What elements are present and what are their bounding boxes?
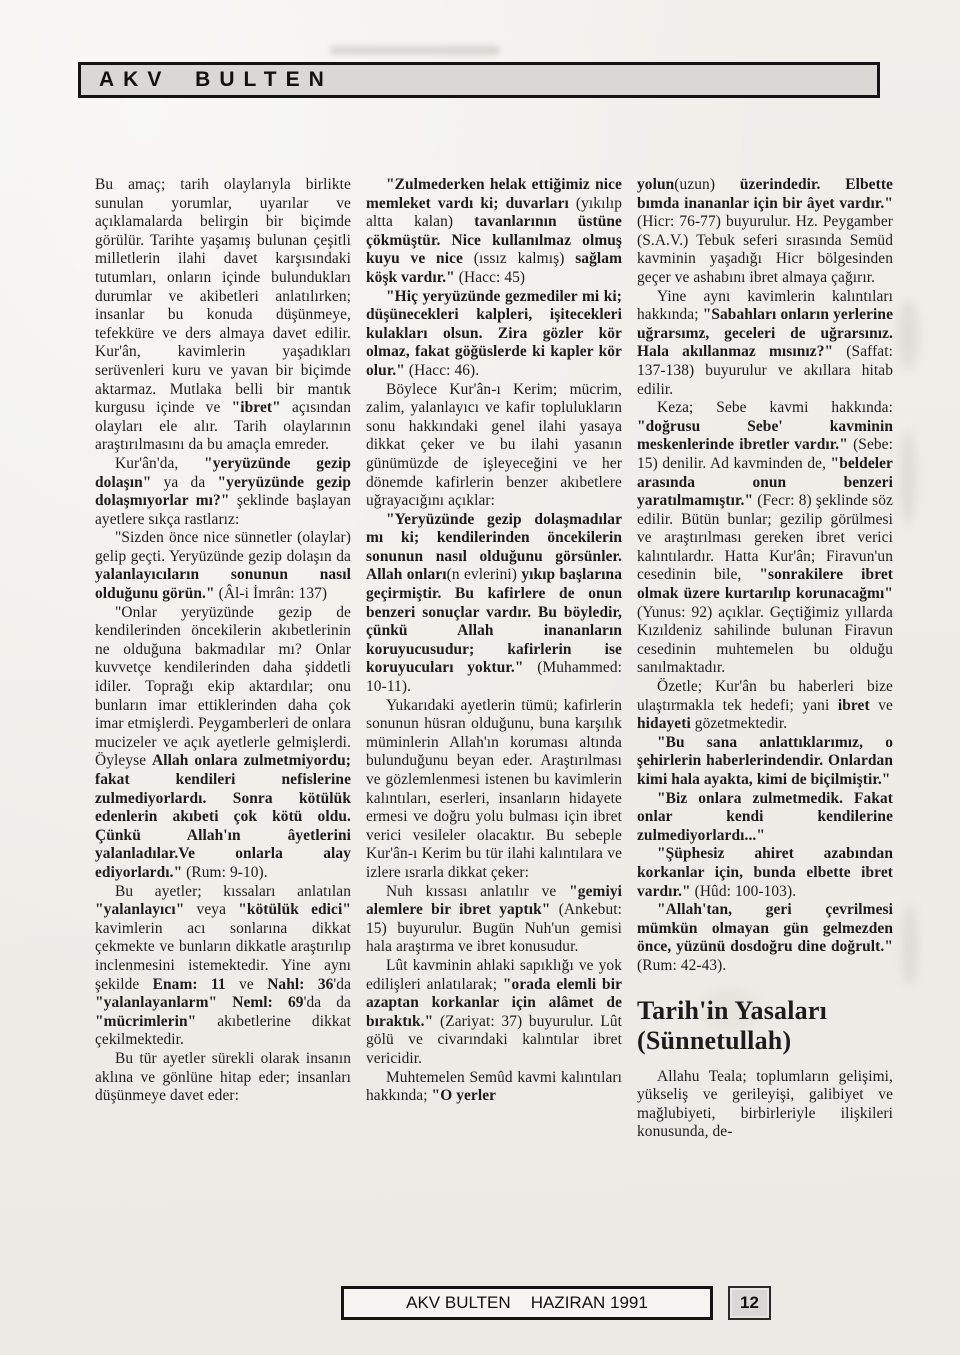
article-column-1: Bu amaç; tarih olaylarıyla birlikte sunu… bbox=[95, 176, 351, 1142]
paragraph: Yukarıdaki ayetlerin tümü; kafirlerin so… bbox=[366, 697, 622, 883]
text-run: Nahl: 36 bbox=[267, 976, 333, 993]
paragraph: "Bu sana anlattıklarımız, o şehirlerin h… bbox=[637, 734, 893, 790]
text-run: "Allah'tan, geri çevrilmesi mümkün olmay… bbox=[637, 901, 893, 955]
text-run: "kötülük edici" bbox=[238, 901, 351, 918]
paragraph: Bu ayetler; kıssaları anlatılan "yalanla… bbox=[95, 883, 351, 1050]
paragraph: Kur'ân'da, "yeryüzünde gezip dolaşın" ya… bbox=[95, 455, 351, 529]
text-run: Bu amaç; tarih olaylarıyla birlikte sunu… bbox=[95, 176, 351, 416]
text-run: veya bbox=[184, 901, 238, 918]
paragraph: "Zulmederken helak ettiğimiz nice memlek… bbox=[366, 176, 622, 288]
text-run: Enam: 11 bbox=[153, 976, 226, 993]
paragraph: Nuh kıssası anlatılır ve "gemiyi alemler… bbox=[366, 883, 622, 957]
scan-artifact bbox=[902, 905, 917, 985]
text-run: ve bbox=[226, 976, 267, 993]
article-column-3: yolun(uzun) üzerindedir. Elbette bımda i… bbox=[637, 176, 893, 1142]
text-run: (n evlerini) bbox=[447, 566, 517, 583]
text-run: gözetmektedir. bbox=[691, 715, 787, 732]
text-run: Tarih'in Yasaları (Sünnetullah) bbox=[637, 996, 827, 1055]
paragraph: Yine aynı kavimlerin kalıntıları hakkınd… bbox=[637, 288, 893, 400]
paragraph: Keza; Sebe kavmi hakkında: "doğrusu Sebe… bbox=[637, 399, 893, 678]
text-run: (ıssız kalmış) bbox=[474, 250, 565, 267]
text-run: "Biz onlara zulmetmedik. Fakat onlar ken… bbox=[637, 790, 893, 844]
footer-citation-box: AKV BULTEN HAZIRAN 1991 bbox=[341, 1286, 713, 1320]
masthead-bar: AKV BULTEN bbox=[78, 62, 880, 98]
text-run: Bu tür ayetler sürekli olarak insanın ak… bbox=[95, 1050, 351, 1104]
text-run: (uzun) bbox=[674, 176, 715, 193]
text-run: Neml: 69 bbox=[232, 994, 303, 1011]
text-run: ve bbox=[870, 697, 893, 714]
text-run: (Rum: 9-10). bbox=[182, 864, 268, 881]
paragraph: "Şüphesiz ahiret azabından korkanlar içi… bbox=[637, 845, 893, 901]
paragraph: Muhtemelen Semûd kavmi kalıntıları hakkı… bbox=[366, 1069, 622, 1106]
text-run: "yalanlayanlarm" bbox=[95, 994, 217, 1011]
paragraph: Lût kavminin ahlaki sapıklığı ve yok edi… bbox=[366, 957, 622, 1069]
text-run: hidayeti bbox=[637, 715, 691, 732]
text-run: 'da da bbox=[304, 994, 351, 1011]
publication-title: AKV BULTEN bbox=[99, 68, 333, 92]
scan-artifact bbox=[898, 300, 918, 370]
paragraph: Bu tür ayetler sürekli olarak insanın ak… bbox=[95, 1050, 351, 1106]
text-run: yolun bbox=[637, 176, 674, 193]
text-run: Allah onlara zulmetmiyordu; fakat kendil… bbox=[95, 752, 351, 881]
text-run: "yalanlayıcı" bbox=[95, 901, 184, 918]
text-run: Nuh kıssası anlatılır ve bbox=[386, 883, 569, 900]
text-run: "Bu sana anlattıklarımız, o şehirlerin h… bbox=[637, 734, 893, 788]
page-number: 12 bbox=[740, 1293, 759, 1313]
paragraph: Böylece Kur'ân-ı Kerim; mücrim, zalim, y… bbox=[366, 381, 622, 511]
text-run: "Onlar yeryüzünde gezip de kendilerinden… bbox=[95, 604, 351, 770]
article-body: Bu amaç; tarih olaylarıyla birlikte sunu… bbox=[95, 176, 895, 1142]
text-run: (Hicr: 76-77) buyurulur. Hz. Peygamber (… bbox=[637, 213, 893, 286]
text-run: (Yunus: 92) açıklar. Geçtiğimiz yıllarda… bbox=[637, 604, 893, 677]
text-run: "ibret" bbox=[232, 399, 281, 416]
text-run: (Hacc: 45) bbox=[455, 269, 525, 286]
footer-title: AKV BULTEN bbox=[406, 1293, 511, 1313]
article-column-2: "Zulmederken helak ettiğimiz nice memlek… bbox=[366, 176, 622, 1142]
text-run: ya da bbox=[151, 474, 217, 491]
text-run: Bu ayetler; kıssaları anlatılan bbox=[115, 883, 351, 900]
paragraph: "Sizden önce nice sünnetler (olaylar) ge… bbox=[95, 529, 351, 603]
text-run: (Âl-i İmrân: 137) bbox=[215, 585, 328, 602]
scanned-page: { "colors": { "paper": "#f1efea", "bar_f… bbox=[0, 0, 960, 1355]
scan-artifact bbox=[330, 46, 500, 55]
paragraph: "Biz onlara zulmetmedik. Fakat onlar ken… bbox=[637, 790, 893, 846]
text-run: "O yerler bbox=[432, 1087, 497, 1104]
text-run: (Hacc: 46). bbox=[405, 362, 479, 379]
text-run: 'da bbox=[333, 976, 351, 993]
text-run: "mücrimlerin" bbox=[95, 1013, 196, 1030]
paragraph: "Yeryüzünde gezip dolaşmadılar mı ki; ke… bbox=[366, 511, 622, 697]
scan-artifact bbox=[900, 430, 916, 525]
text-run: Kur'ân'da, bbox=[115, 455, 204, 472]
paragraph: "Onlar yeryüzünde gezip de kendilerinden… bbox=[95, 604, 351, 883]
footer-issue: HAZIRAN 1991 bbox=[531, 1293, 648, 1313]
paragraph: Allahu Teala; toplumların gelişimi, yüks… bbox=[637, 1068, 893, 1142]
text-run bbox=[217, 994, 232, 1011]
text-run: Böylece Kur'ân-ı Kerim; mücrim, zalim, y… bbox=[366, 381, 622, 510]
paragraph: Özetle; Kur'ân bu haberleri bize ulaştır… bbox=[637, 678, 893, 734]
paragraph: yolun(uzun) üzerindedir. Elbette bımda i… bbox=[637, 176, 893, 288]
text-run: Allahu Teala; toplumların gelişimi, yüks… bbox=[637, 1068, 893, 1141]
paragraph: "Allah'tan, geri çevrilmesi mümkün olmay… bbox=[637, 901, 893, 975]
section-heading: Tarih'in Yasaları (Sünnetullah) bbox=[637, 996, 893, 1056]
text-run: Yukarıdaki ayetlerin tümü; kafirlerin so… bbox=[366, 697, 622, 881]
page-number-box: 12 bbox=[728, 1286, 771, 1320]
text-run: ibret bbox=[838, 697, 870, 714]
text-run: Keza; Sebe kavmi hakkında: bbox=[657, 399, 893, 416]
text-run: (Rum: 42-43). bbox=[637, 957, 726, 974]
paragraph: "Hiç yeryüzünde gezmediler mi ki; düşüne… bbox=[366, 288, 622, 381]
text-run: (Hûd: 100-103). bbox=[691, 883, 796, 900]
text-run: "Sizden önce nice sünnetler (olaylar) ge… bbox=[95, 529, 351, 565]
paragraph: Bu amaç; tarih olaylarıyla birlikte sunu… bbox=[95, 176, 351, 455]
